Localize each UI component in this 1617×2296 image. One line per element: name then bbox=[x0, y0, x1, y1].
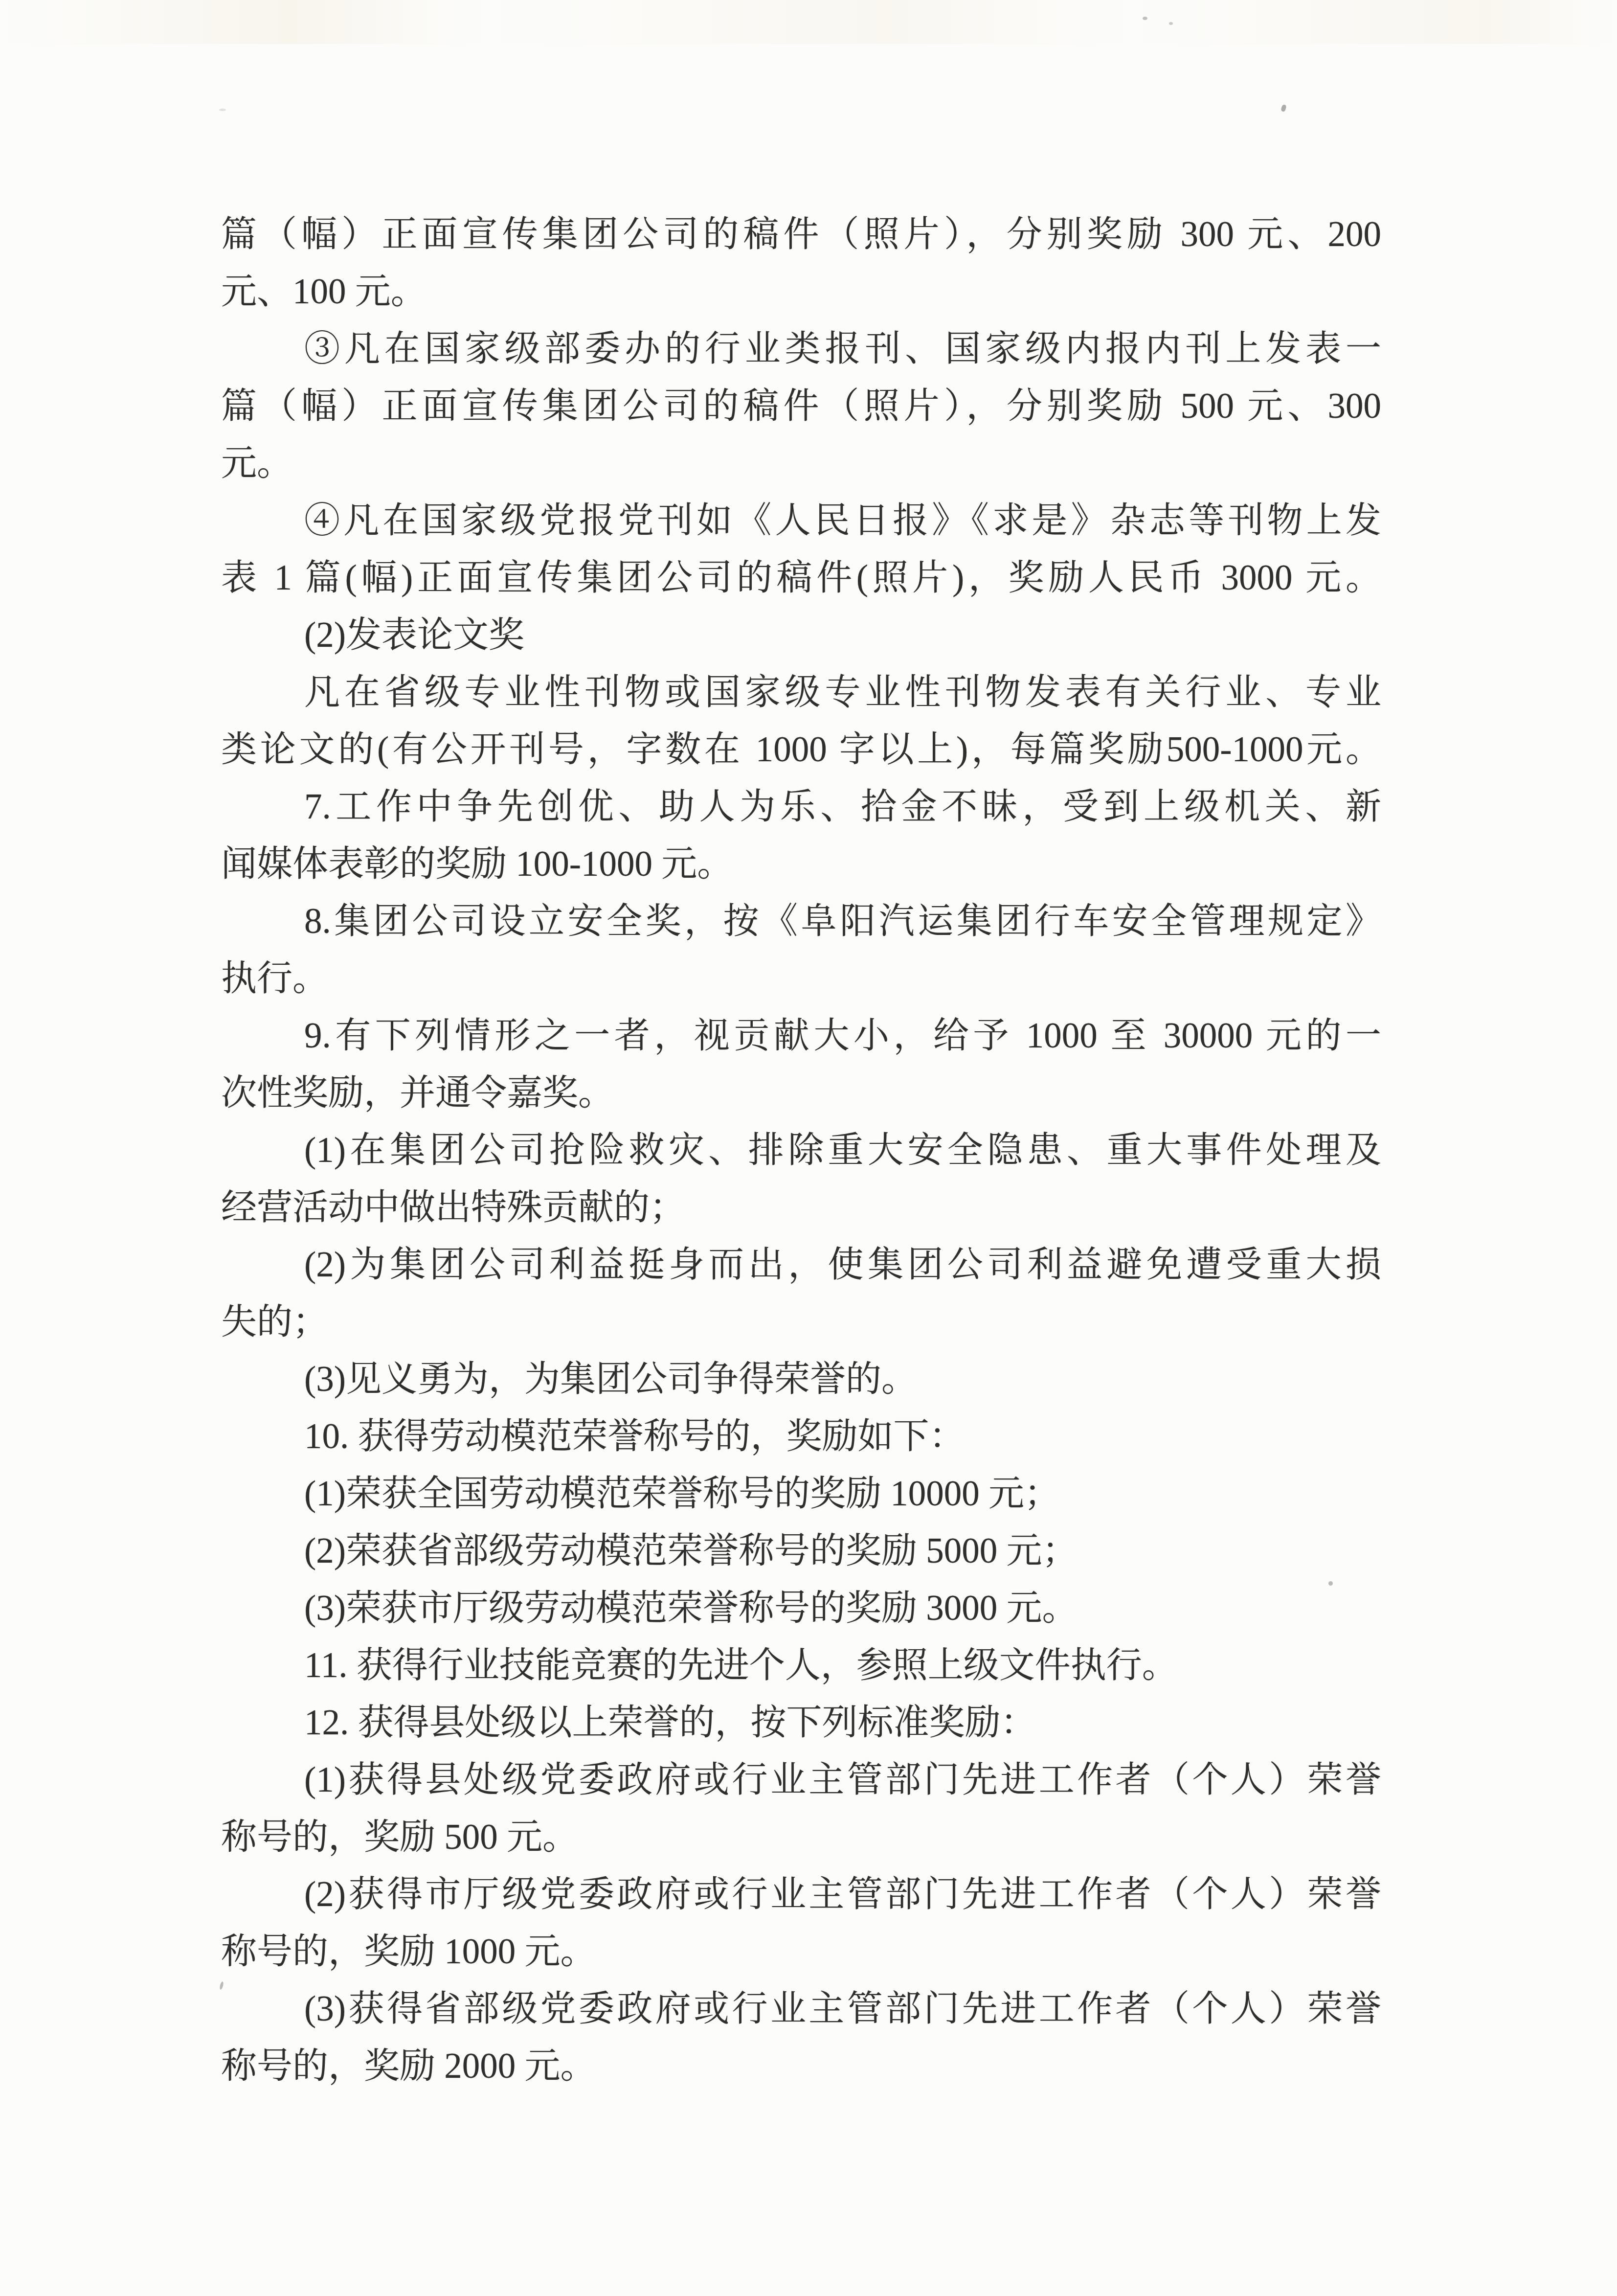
text-line: 11. 获得行业技能竞赛的先进个人，参照上级文件执行。 bbox=[221, 1637, 1381, 1694]
text-block: 篇（幅）正面宣传集团公司的稿件（照片），分别奖励 300 元、200元、100 … bbox=[221, 205, 1381, 2094]
text-line: 执行。 bbox=[221, 950, 1381, 1007]
text-line: 失的； bbox=[221, 1293, 1381, 1350]
scan-speck bbox=[219, 109, 226, 111]
scan-speck bbox=[1143, 17, 1147, 20]
scan-speck bbox=[1169, 22, 1173, 25]
text-line: 次性奖励，并通令嘉奖。 bbox=[221, 1064, 1381, 1121]
text-line: (2)获得市厅级党委政府或行业主管部门先进工作者（个人）荣誉 bbox=[221, 1865, 1381, 1923]
text-line: (2)发表论文奖 bbox=[221, 606, 1381, 663]
text-line: 篇（幅）正面宣传集团公司的稿件（照片），分别奖励 500 元、300 bbox=[221, 377, 1381, 434]
text-line: (1)荣获全国劳动模范荣誉称号的奖励 10000 元； bbox=[221, 1465, 1381, 1522]
text-line: 称号的，奖励 2000 元。 bbox=[221, 2037, 1381, 2094]
text-line: 10. 获得劳动模范荣誉称号的，奖励如下： bbox=[221, 1408, 1381, 1465]
text-line: 元。 bbox=[221, 434, 1381, 492]
text-line: 表 1 篇(幅)正面宣传集团公司的稿件(照片)，奖励人民币 3000 元。 bbox=[221, 549, 1381, 606]
text-line: 类论文的(有公开刊号，字数在 1000 字以上)，每篇奖励500-1000元。 bbox=[221, 721, 1381, 778]
text-line: (3)获得省部级党委政府或行业主管部门先进工作者（个人）荣誉 bbox=[221, 1980, 1381, 2037]
text-line: ③凡在国家级部委办的行业类报刊、国家级内报内刊上发表一 bbox=[221, 320, 1381, 377]
text-line: (2)荣获省部级劳动模范荣誉称号的奖励 5000 元； bbox=[221, 1522, 1381, 1579]
text-line: 9.有下列情形之一者，视贡献大小，给予 1000 至 30000 元的一 bbox=[221, 1007, 1381, 1064]
text-line: 8.集团公司设立安全奖，按《阜阳汽运集团行车安全管理规定》 bbox=[221, 892, 1381, 950]
text-line: 凡在省级专业性刊物或国家级专业性刊物发表有关行业、专业 bbox=[221, 663, 1381, 721]
text-line: (1)获得县处级党委政府或行业主管部门先进工作者（个人）荣誉 bbox=[221, 1751, 1381, 1808]
text-line: 称号的，奖励 500 元。 bbox=[221, 1808, 1381, 1865]
text-line: 篇（幅）正面宣传集团公司的稿件（照片），分别奖励 300 元、200 bbox=[221, 205, 1381, 263]
text-line: 12. 获得县处级以上荣誉的，按下列标准奖励： bbox=[221, 1694, 1381, 1751]
text-line: (1)在集团公司抢险救灾、排除重大安全隐患、重大事件处理及 bbox=[221, 1121, 1381, 1179]
text-line: ④凡在国家级党报党刊如《人民日报》《求是》杂志等刊物上发 bbox=[221, 492, 1381, 549]
text-line: (2)为集团公司利益挺身而出，使集团公司利益避免遭受重大损 bbox=[221, 1236, 1381, 1293]
text-line: 7.工作中争先创优、助人为乐、拾金不昧，受到上级机关、新 bbox=[221, 778, 1381, 835]
text-line: 闻媒体表彰的奖励 100-1000 元。 bbox=[221, 835, 1381, 892]
scan-speck bbox=[1280, 104, 1287, 112]
document-page: 篇（幅）正面宣传集团公司的稿件（照片），分别奖励 300 元、200元、100 … bbox=[0, 0, 1617, 2296]
text-line: 称号的，奖励 1000 元。 bbox=[221, 1923, 1381, 1980]
text-line: 经营活动中做出特殊贡献的； bbox=[221, 1179, 1381, 1236]
text-line: (3)见义勇为，为集团公司争得荣誉的。 bbox=[221, 1350, 1381, 1408]
text-line: 元、100 元。 bbox=[221, 263, 1381, 320]
text-line: (3)荣获市厅级劳动模范荣誉称号的奖励 3000 元。 bbox=[221, 1579, 1381, 1637]
